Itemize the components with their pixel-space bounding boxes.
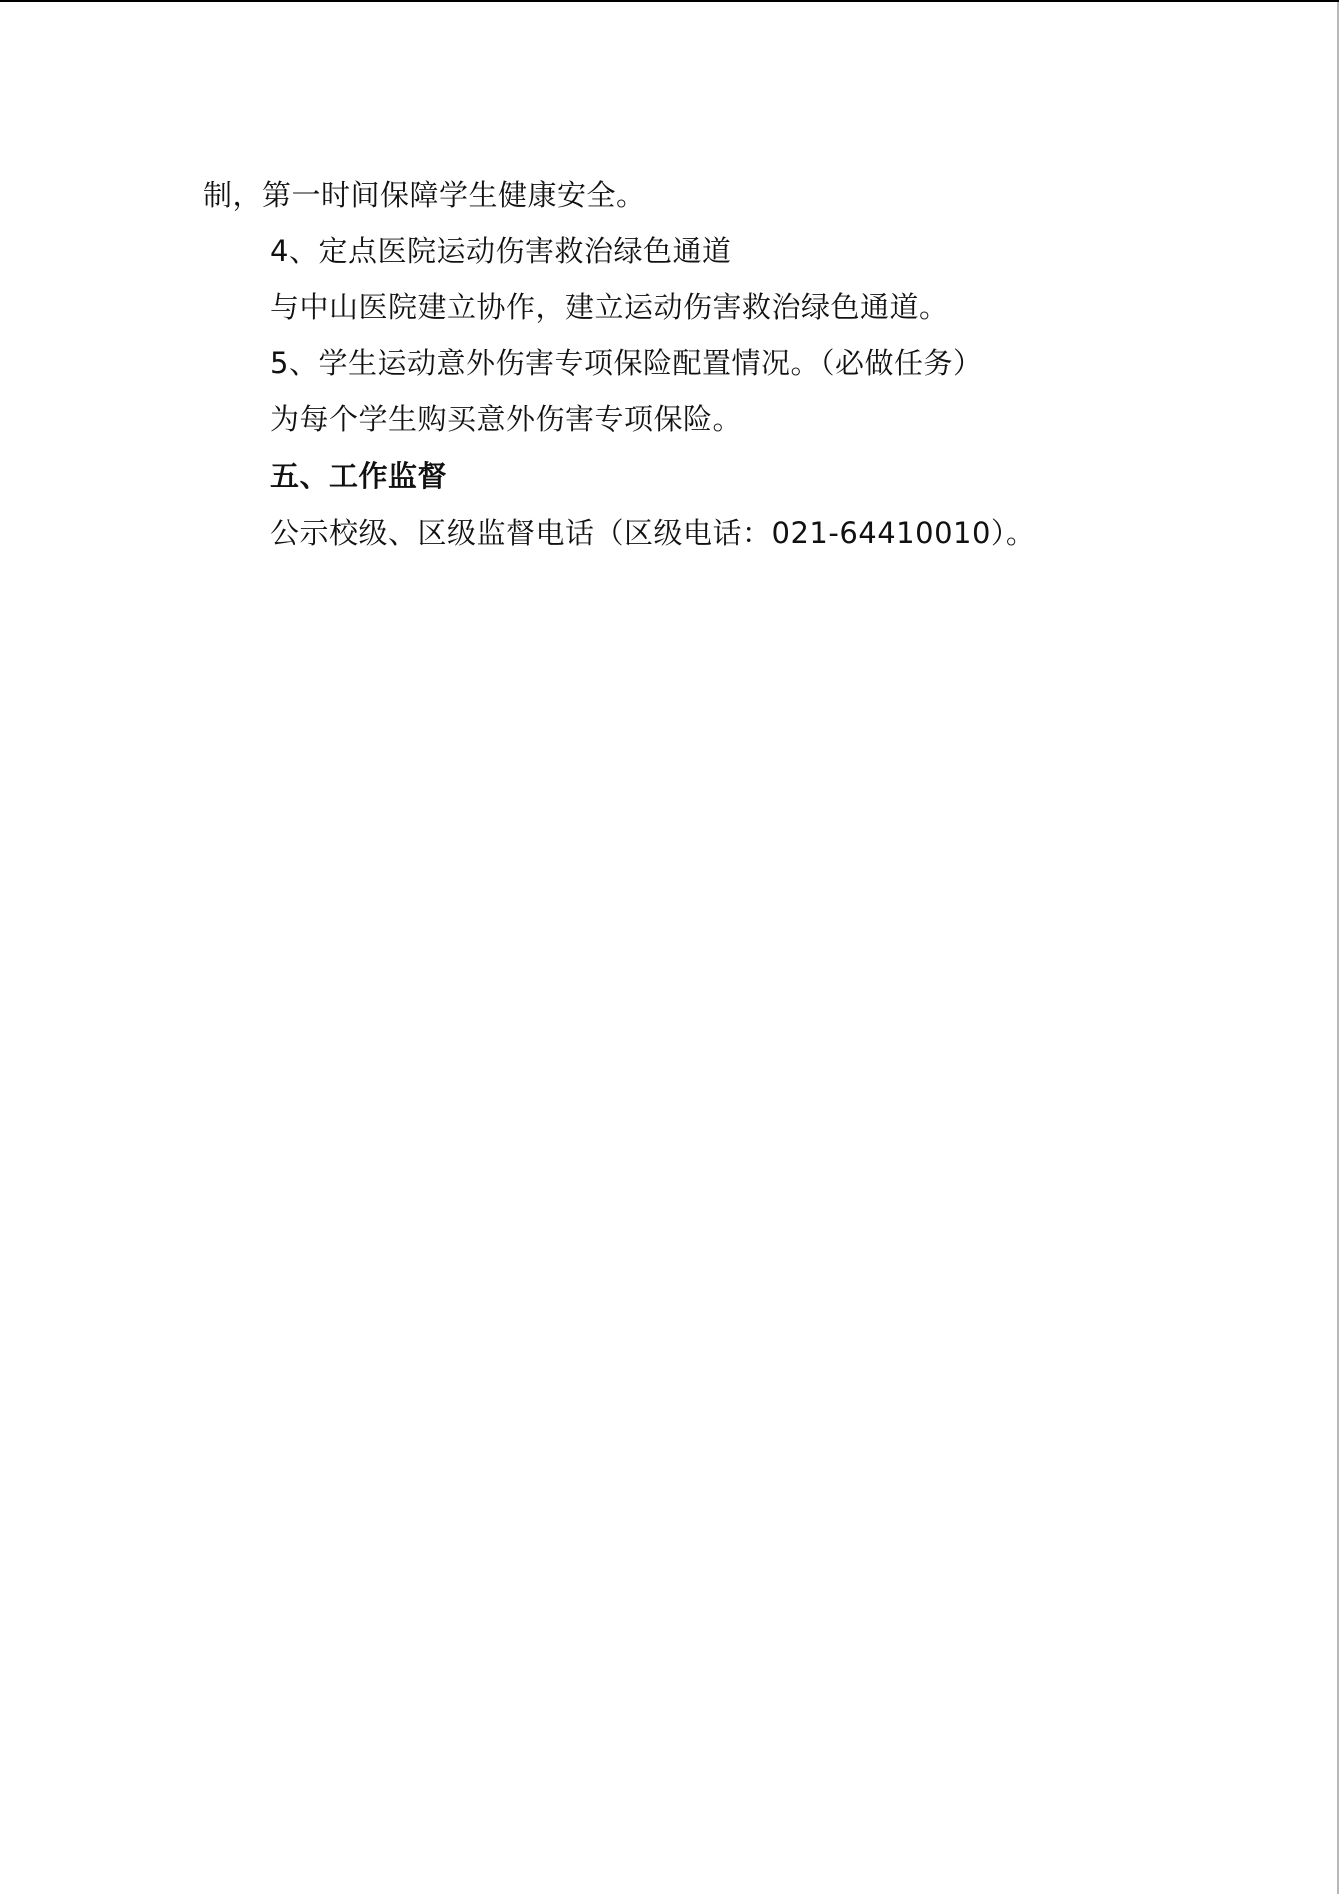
section-heading-supervision: 五、工作监督 [270,458,447,494]
item-4-heading: 4、定点医院运动伤害救治绿色通道 [270,233,731,269]
item-4-body: 与中山医院建立协作，建立运动伤害救治绿色通道。 [270,289,949,325]
document-page: 制，第一时间保障学生健康安全。 4、定点医院运动伤害救治绿色通道 与中山医院建立… [0,0,1337,1894]
item-5-heading: 5、学生运动意外伤害专项保险配置情况。（必做任务） [270,345,982,381]
supervision-phone-paragraph: 公示校级、区级监督电话（区级电话：021-64410010）。 [270,515,1035,551]
item-5-body: 为每个学生购买意外伤害专项保险。 [270,401,742,437]
paragraph-continuation-line: 制，第一时间保障学生健康安全。 [203,177,646,213]
